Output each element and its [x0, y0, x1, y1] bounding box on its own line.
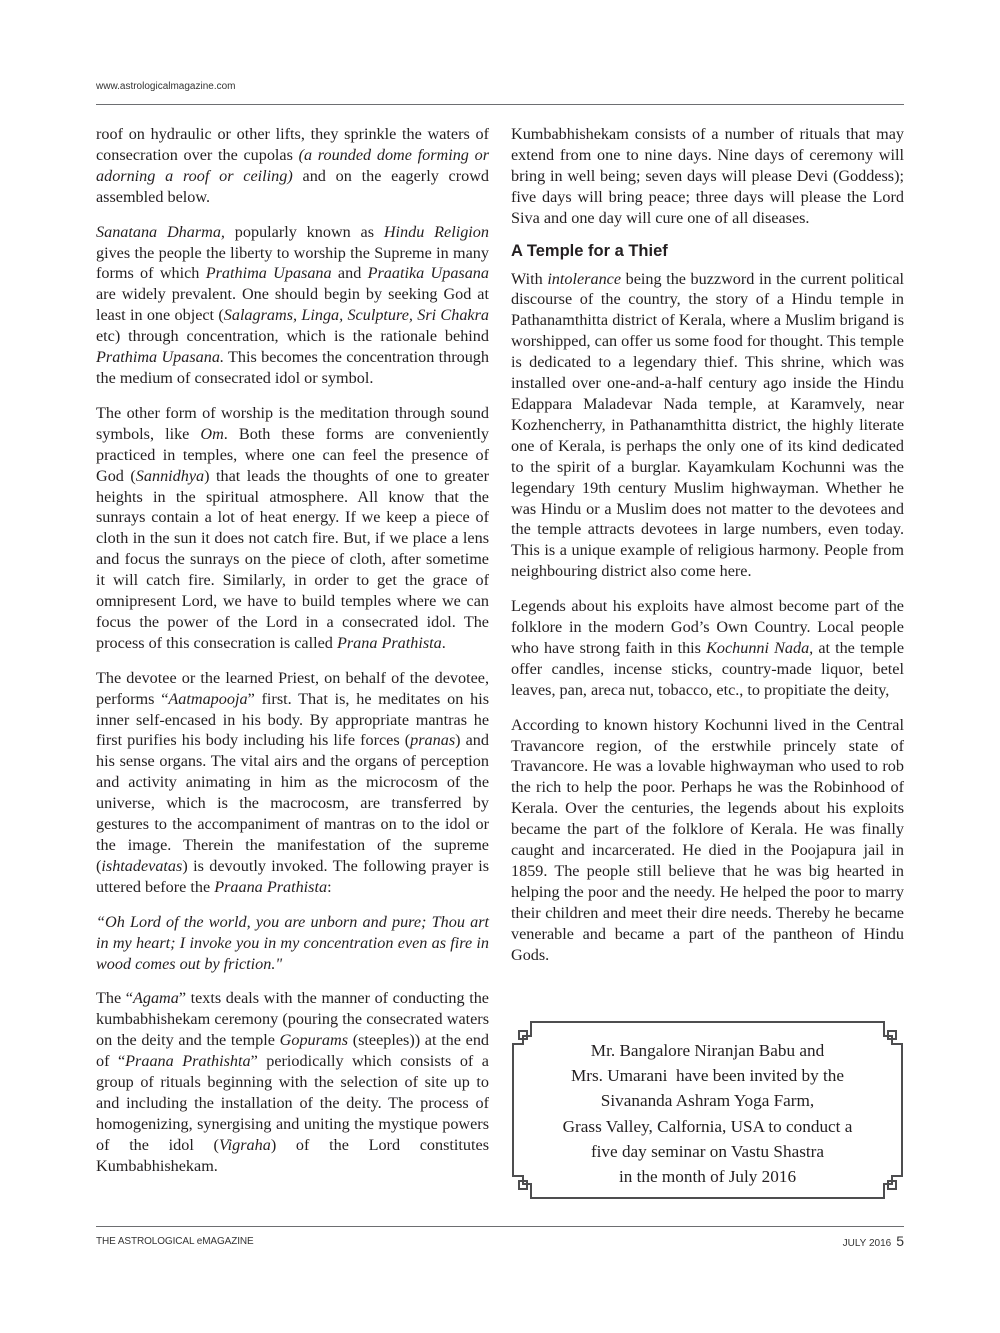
paragraph-kumbabhishekam-days: Kumbabhishekam consists of a number of r… — [511, 124, 904, 229]
paragraph-sound-symbols: The other form of worship is the meditat… — [96, 403, 489, 654]
notice-text: Mr. Bangalore Niranjan Babu and Mrs. Uma… — [531, 1038, 884, 1189]
paragraph-history: According to known history Kochunni live… — [511, 715, 904, 966]
footer-divider — [96, 1226, 904, 1227]
section-heading: A Temple for a Thief — [511, 241, 904, 261]
header-divider — [96, 104, 904, 105]
paragraph-legends: Legends about his exploits have almost b… — [511, 596, 904, 701]
paragraph-aatmapooja: The devotee or the learned Priest, on be… — [96, 668, 489, 898]
left-column: roof on hydraulic or other lifts, they s… — [96, 124, 489, 1191]
header-website-url: www.astrologicalmagazine.com — [96, 81, 236, 92]
footer-publication-name: THE ASTROLOGICAL eMAGAZINE — [96, 1236, 254, 1247]
footer-date: JULY 2016 — [843, 1238, 892, 1249]
paragraph-sanatana-dharma: Sanatana Dharma, popularly known as Hind… — [96, 222, 489, 389]
paragraph-intolerance: With intolerance being the buzzword in t… — [511, 269, 904, 583]
paragraph-cupolas: roof on hydraulic or other lifts, they s… — [96, 124, 489, 208]
footer-date-page: JULY 2016 5 — [843, 1233, 904, 1249]
paragraph-agama: The “Agama” texts deals with the manner … — [96, 988, 489, 1176]
seminar-notice-box: Mr. Bangalore Niranjan Babu and Mrs. Uma… — [511, 1020, 904, 1200]
page-number: 5 — [896, 1233, 904, 1249]
right-column: Kumbabhishekam consists of a number of r… — [511, 124, 904, 980]
prayer-quote: “Oh Lord of the world, you are unborn an… — [96, 912, 489, 975]
